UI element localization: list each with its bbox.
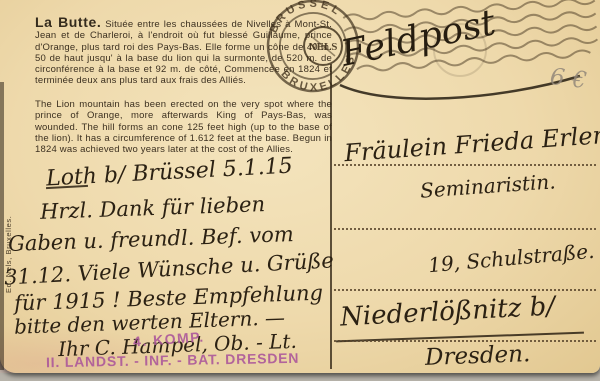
address-rule (334, 164, 596, 166)
pencil-price-note: 6 € (549, 64, 588, 94)
postcard-scan: Ed. Nels, Bruxelles. La Butte. Située en… (0, 0, 600, 381)
address-occupation: Seminaristin. (419, 169, 556, 202)
nels-logo-monogram: NELS (309, 41, 338, 53)
address-town: Niederlößnitz b/ (339, 291, 555, 332)
address-city: Dresden. (425, 341, 531, 371)
scan-edge-shadow (0, 82, 4, 370)
message-line: Hrzl. Dank für lieben (40, 192, 266, 224)
address-street: 19, Schulstraße. (427, 239, 595, 277)
address-rule (334, 289, 596, 291)
address-rule (334, 228, 596, 230)
address-recipient: Fräulein Frieda Erler, (343, 121, 600, 167)
postcard-back: Ed. Nels, Bruxelles. La Butte. Située en… (0, 0, 600, 373)
unit-stamp-battalion: II. LANDST. - INF. - BAT. DRESDEN (46, 350, 300, 370)
message-line: Gaben u. freundl. Bef. vom (8, 222, 294, 256)
address-rule (334, 340, 596, 342)
card-title: La Butte. (35, 14, 101, 30)
